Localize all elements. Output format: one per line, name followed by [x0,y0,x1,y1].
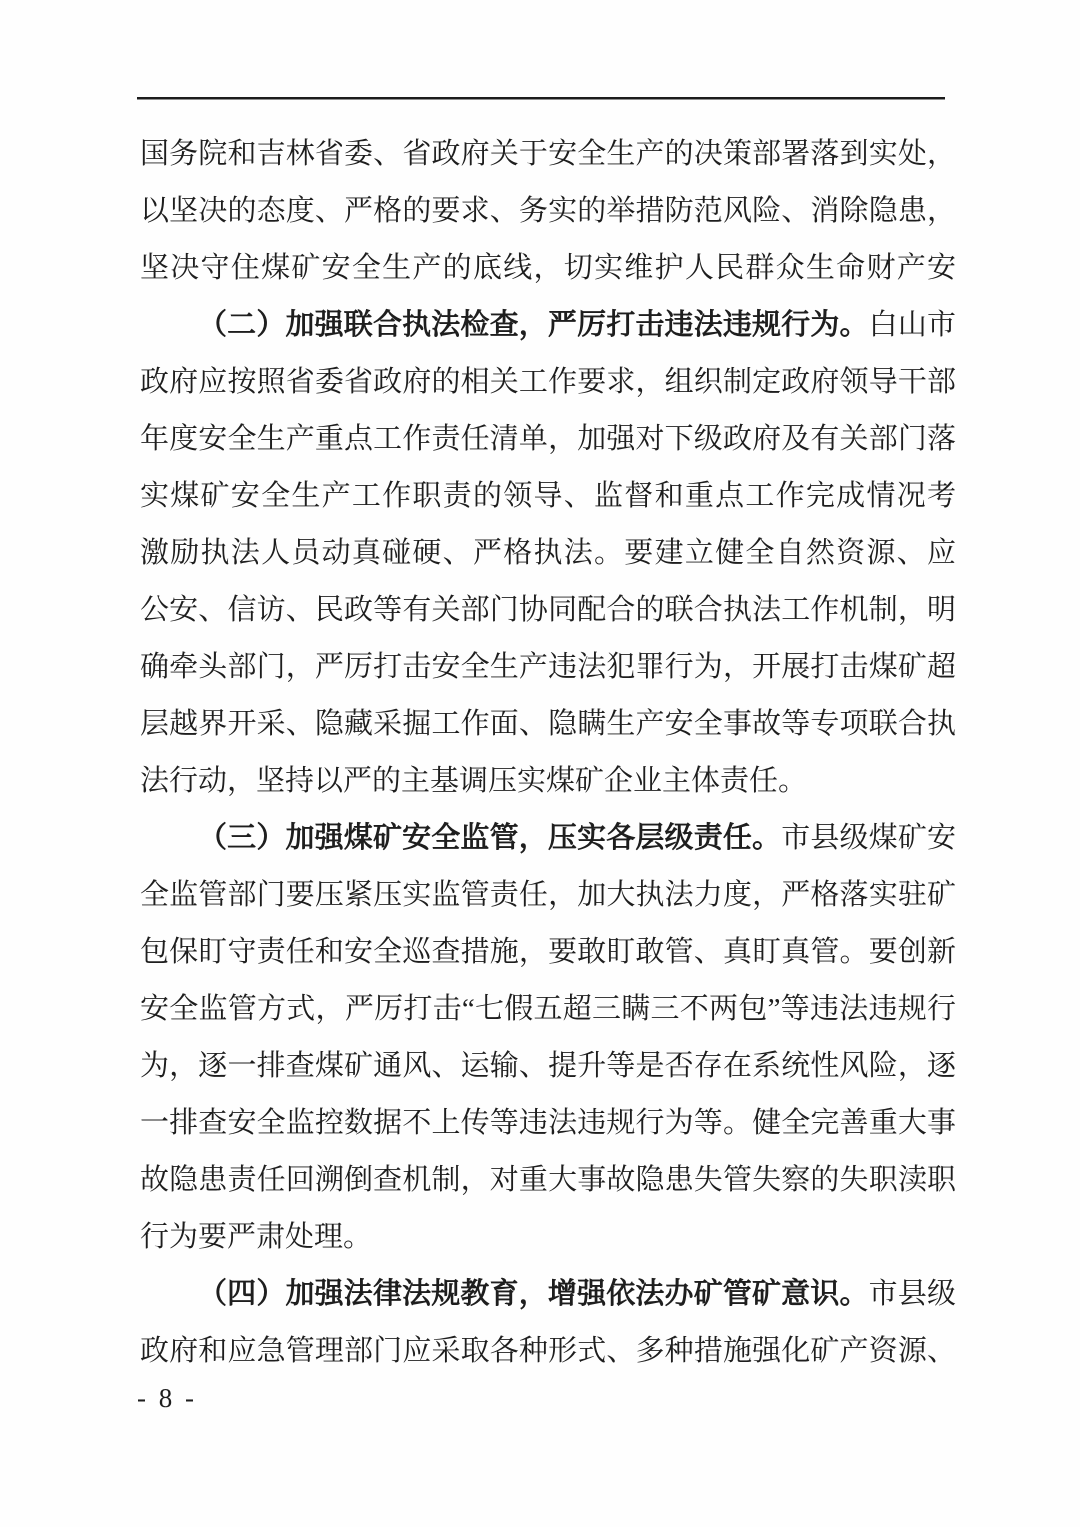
text-line: 国务院和吉林省委、省政府关于安全生产的决策部署落到实处， [140,126,956,183]
text-line: 政府应按照省委省政府的相关工作要求，组织制定政府领导干部 [140,354,956,411]
document-body: 国务院和吉林省委、省政府关于安全生产的决策部署落到实处， 以坚决的态度、严格的要… [140,126,956,1380]
document-page: 国务院和吉林省委、省政府关于安全生产的决策部署落到实处， 以坚决的态度、严格的要… [0,0,1080,1527]
text-line: 为，逐一排查煤矿通风、运输、提升等是否存在系统性风险，逐 [140,1038,956,1095]
text-line: 安全监管方式，严厉打击“七假五超三瞒三不两包”等违法违规行 [140,981,956,1038]
section-heading-line: （三）加强煤矿安全监管，压实各层级责任。市县级煤矿安 [140,810,956,867]
section-heading-bold: （四）加强法律法规教育，增强依法办矿管矿意识。 [198,1278,869,1310]
text-line: 包保盯守责任和安全巡查措施，要敢盯敢管、真盯真管。要创新 [140,924,956,981]
section-heading-rest: 市县级煤矿安 [781,822,956,854]
text-line: 以坚决的态度、严格的要求、务实的举措防范风险、消除隐患， [140,183,956,240]
text-line: 确牵头部门，严厉打击安全生产违法犯罪行为，开展打击煤矿超 [140,639,956,696]
text-line: 故隐患责任回溯倒查机制，对重大事故隐患失管失察的失职渎职 [140,1152,956,1209]
section-heading-rest: 市县级 [869,1278,956,1310]
page-number: - 8 - [137,1378,197,1418]
text-line: 行为要严肃处理。 [140,1209,956,1266]
text-line: 激励执法人员动真碰硬、严格执法。要建立健全自然资源、应急、 [140,525,956,582]
section-heading-line: （四）加强法律法规教育，增强依法办矿管矿意识。市县级 [140,1266,956,1323]
section-heading-bold: （二）加强联合执法检查，严厉打击违法违规行为。 [198,309,869,341]
section-heading-bold: （三）加强煤矿安全监管，压实各层级责任。 [198,822,781,854]
section-heading-rest: 白山市 [869,309,956,341]
section-heading-line: （二）加强联合执法检查，严厉打击违法违规行为。白山市 [140,297,956,354]
header-divider-line [137,97,945,100]
text-line: 实煤矿安全生产工作职责的领导、监督和重点工作完成情况考核， [140,468,956,525]
text-line: 全监管部门要压紧压实监管责任，加大执法力度，严格落实驻矿 [140,867,956,924]
text-line: 公安、信访、民政等有关部门协同配合的联合执法工作机制，明 [140,582,956,639]
text-line: 层越界开采、隐藏采掘工作面、隐瞒生产安全事故等专项联合执 [140,696,956,753]
text-line: 政府和应急管理部门应采取各种形式、多种措施强化矿产资源、 [140,1323,956,1380]
text-line: 法行动，坚持以严的主基调压实煤矿企业主体责任。 [140,753,956,810]
text-line: 坚决守住煤矿安全生产的底线，切实维护人民群众生命财产安全。 [140,240,956,297]
text-line: 年度安全生产重点工作责任清单，加强对下级政府及有关部门落 [140,411,956,468]
text-line: 一排查安全监控数据不上传等违法违规行为等。健全完善重大事 [140,1095,956,1152]
